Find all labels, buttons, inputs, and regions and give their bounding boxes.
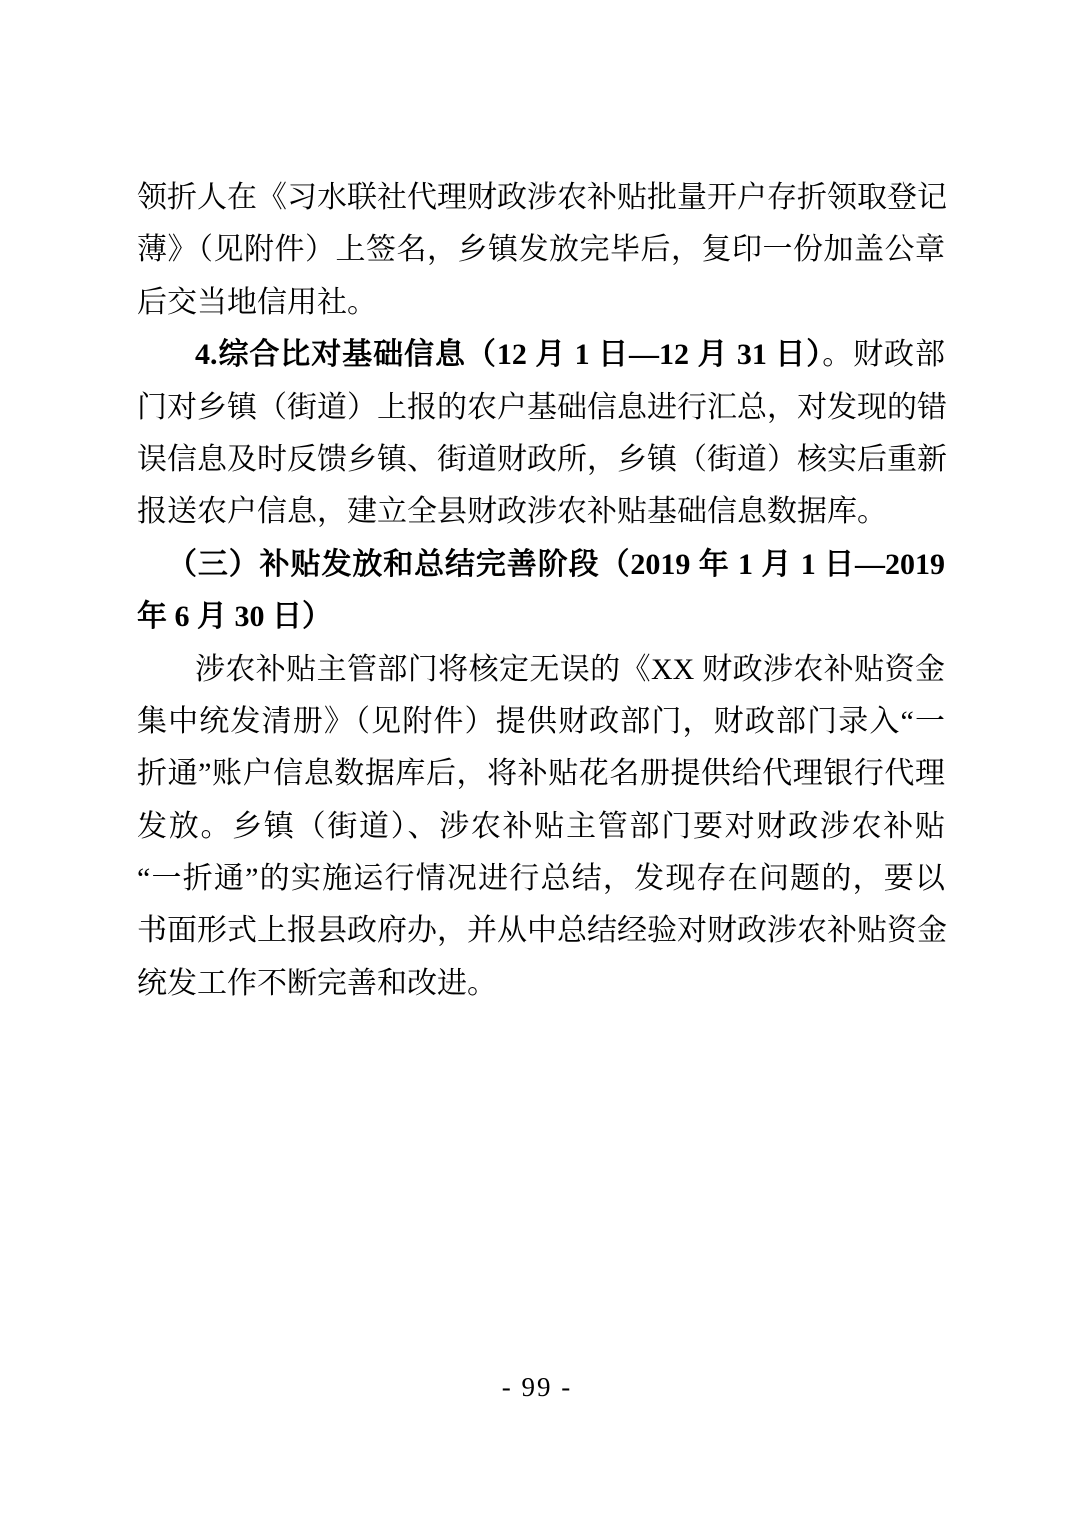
text-line: 折通”账户信息数据库后，将补贴花名册提供给代理银行代理 [137, 748, 945, 800]
bold-text-run: （三）补贴发放和总结完善阶段（2019 年 1 月 1 日—2019 [167, 548, 945, 581]
text-run: 后交当地信用社。 [137, 286, 377, 319]
text-run: 折通”账户信息数据库后，将补贴花名册提供给代理银行代理 [137, 757, 945, 790]
text-line: 报送农户信息，建立全县财政涉农补贴基础信息数据库。 [137, 486, 945, 538]
text-line: 薄》（见附件）上签名，乡镇发放完毕后，复印一份加盖公章 [137, 224, 945, 276]
document-page: 领折人在《习水联社代理财政涉农补贴批量开户存折领取登记薄》（见附件）上签名，乡镇… [0, 0, 1074, 1520]
text-line: 涉农补贴主管部门将核定无误的《XX 财政涉农补贴资金 [137, 644, 945, 696]
text-line: （三）补贴发放和总结完善阶段（2019 年 1 月 1 日—2019 [137, 539, 945, 591]
text-line: 4.综合比对基础信息（12 月 1 日—12 月 31 日）。财政部 [137, 329, 945, 381]
text-run: 发放。乡镇（街道）、涉农补贴主管部门要对财政涉农补贴 [137, 810, 945, 843]
text-line: 门对乡镇（街道）上报的农户基础信息进行汇总，对发现的错 [137, 382, 945, 434]
text-run: 领折人在《习水联社代理财政涉农补贴批量开户存折领取登记 [137, 181, 947, 214]
text-line: 集中统发清册》（见附件）提供财政部门，财政部门录入“一 [137, 696, 945, 748]
text-run: 薄》（见附件）上签名，乡镇发放完毕后，复印一份加盖公章 [137, 233, 945, 266]
body-text: 领折人在《习水联社代理财政涉农补贴批量开户存折领取登记薄》（见附件）上签名，乡镇… [137, 172, 945, 1010]
bold-text-run: 年 6 月 30 日） [137, 600, 332, 633]
text-line: “一折通”的实施运行情况进行总结，发现存在问题的，要以 [137, 853, 945, 905]
text-run: 涉农补贴主管部门将核定无误的《XX 财政涉农补贴资金 [195, 653, 945, 686]
text-run: 集中统发清册》（见附件）提供财政部门，财政部门录入“一 [137, 705, 945, 738]
text-line: 领折人在《习水联社代理财政涉农补贴批量开户存折领取登记 [137, 172, 945, 224]
text-run: 统发工作不断完善和改进。 [137, 967, 497, 1000]
text-line: 误信息及时反馈乡镇、街道财政所，乡镇（街道）核实后重新 [137, 434, 945, 486]
text-run: 书面形式上报县政府办，并从中总结经验对财政涉农补贴资金 [137, 914, 947, 947]
text-line: 统发工作不断完善和改进。 [137, 958, 945, 1010]
text-run: 。财政部 [822, 338, 945, 371]
text-run: 门对乡镇（街道）上报的农户基础信息进行汇总，对发现的错 [137, 391, 947, 424]
text-line: 书面形式上报县政府办，并从中总结经验对财政涉农补贴资金 [137, 905, 945, 957]
text-line: 发放。乡镇（街道）、涉农补贴主管部门要对财政涉农补贴 [137, 801, 945, 853]
bold-text-run: 4.综合比对基础信息（12 月 1 日—12 月 31 日） [195, 338, 822, 371]
page-number: - 99 - [0, 1372, 1074, 1403]
text-run: “一折通”的实施运行情况进行总结，发现存在问题的，要以 [137, 862, 945, 895]
text-run: 报送农户信息，建立全县财政涉农补贴基础信息数据库。 [137, 495, 887, 528]
text-line: 年 6 月 30 日） [137, 591, 945, 643]
text-run: 误信息及时反馈乡镇、街道财政所，乡镇（街道）核实后重新 [137, 443, 947, 476]
text-line: 后交当地信用社。 [137, 277, 945, 329]
